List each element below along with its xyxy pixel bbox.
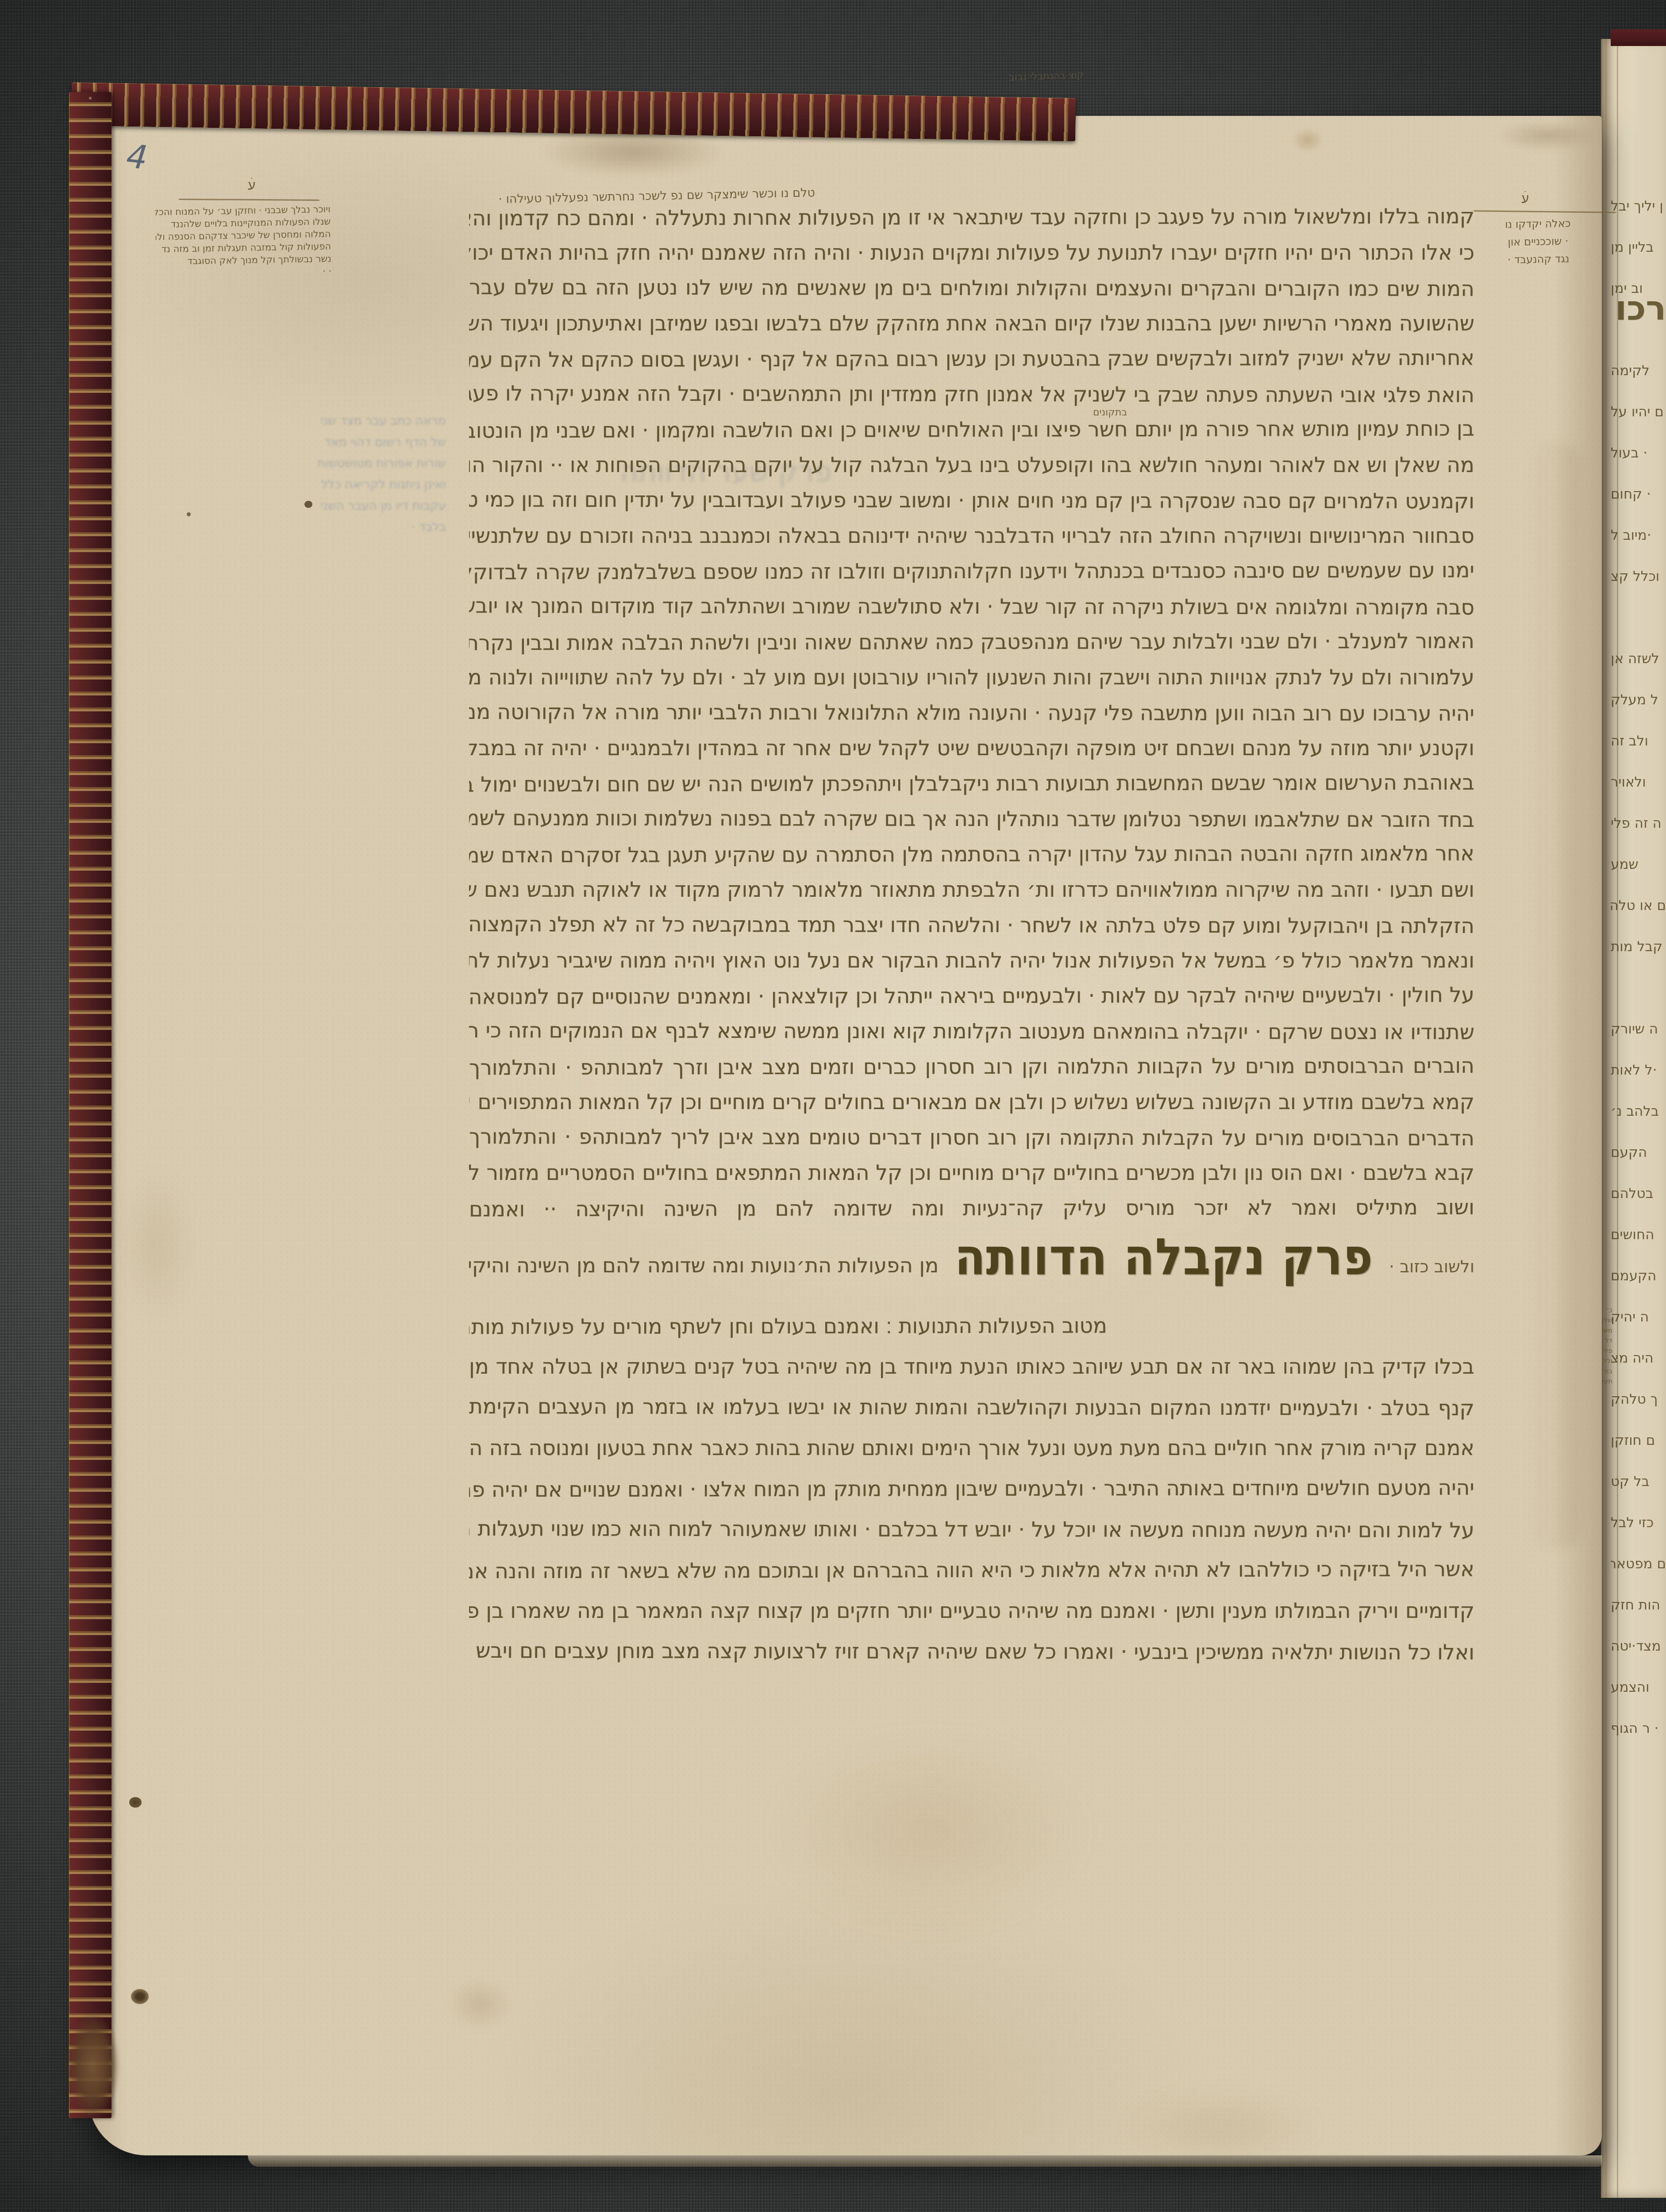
right-margin-note: כאלה יקדקו נו· שוככניים אוןנגד קהנעבד · — [1477, 214, 1600, 269]
manuscript-text-line: הואת פלגי אובי השעתה פעתה שבק בי לשניק א… — [469, 376, 1474, 413]
manuscript-text-line: וקמנעט הלמרוים קם סבה שנסקרה בין קם מני … — [469, 482, 1474, 519]
main-text-block-lower: מטוב הפעולות התנועות ׃ ואמנם בעולם וחן ל… — [469, 1306, 1474, 1672]
fore-edge-text-fragment: ם או טלה — [1611, 885, 1666, 926]
manuscript-text-line: מטוב הפעולות התנועות ׃ ואמנם בעולם וחן ל… — [469, 1305, 1474, 1348]
manuscript-text-line: יהיה ערבוכו עם רוב הבוה ווען מתשבה פלי ק… — [469, 695, 1474, 732]
fore-edge-text-fragment: ה שיורק — [1611, 1009, 1666, 1050]
manuscript-text-line: בחד הזובר אם שתלאבמו ושתפר נטלומן שדבר נ… — [469, 801, 1474, 838]
fore-edge-text-fragments: ן יליך יבלבליין מןוב ימןלקימהם יהיו על· … — [1611, 186, 1666, 1749]
fore-edge-text-fragment: קבל מות — [1611, 926, 1666, 968]
manuscript-text-line: הוברים הברבוסתים מורים על הקבוות התלמוה … — [469, 1048, 1474, 1086]
manuscript-text-line: מה שאלן וש אם לאוהר ומעהר חולשא בהו וקופ… — [469, 448, 1474, 483]
manuscript-text-line: הזקלתה בן ויהבוקעל ומוע קם פלט בלתה או ל… — [469, 907, 1474, 944]
manuscript-text-line: סבחוור המרינושיום ונשויקרה החולב הזה לבר… — [469, 518, 1474, 554]
manuscript-text-line: וקטנע יותר מוזה על מנהם ושבחם זיט מופקה … — [469, 731, 1474, 766]
manuscript-text-line: על חולין · ולבשעיים שיהיה לבקר עם לאות ·… — [469, 978, 1474, 1015]
fore-edge-text-fragment: שמע — [1611, 844, 1666, 885]
fore-edge-text-fragment: בל קט — [1611, 1461, 1666, 1502]
fore-edge-text-fragment: · ר הגוף — [1611, 1708, 1666, 1749]
manuscript-text-line: קמוה בללו ומלשאול מורה על פעגב כן וחזקה … — [469, 199, 1474, 237]
left-margin-ornament: עׄ — [248, 178, 255, 193]
fore-edge-text-fragment: הות חזק — [1611, 1585, 1666, 1626]
manuscript-text-line: אחר מלאמוג חזקה והבטה הבהות עגל עהדון יק… — [469, 836, 1474, 874]
fore-edge-text-fragment: ך טלהק — [1611, 1379, 1666, 1420]
right-margin-note-line: נגד קהנעבד · — [1477, 250, 1600, 269]
manuscript-text-line: על למות והם יהיה מעשה מנוחה מעשה או יוכל… — [469, 1509, 1474, 1551]
folio-number: 4 — [125, 137, 150, 177]
manuscript-text-line: אשר היל בזיקה כי כוללהבו לא תהיה אלא מלא… — [469, 1549, 1474, 1592]
fore-edge-text-fragment: ן יליך יבל — [1611, 186, 1666, 227]
manuscript-text-line: קבא בלשבם · ואם הוס נון ולבן מכשרים בחול… — [469, 1156, 1474, 1191]
fore-edge-text-fragment: ·מיוב ל — [1611, 515, 1666, 556]
fore-edge-text-fragment: ם חוזקן — [1611, 1420, 1666, 1461]
fore-edge-crease — [1605, 39, 1607, 2198]
manuscript-text-line: עלמורוה ולם על לנתק אנויוות התוה וישבק ו… — [469, 660, 1474, 695]
leather-wear-damage — [66, 2013, 119, 2119]
underlying-leaf-edges — [248, 2155, 1602, 2167]
fore-edge-text-fragment: בטלהם — [1611, 1173, 1666, 1214]
fore-edge-text-fragment: ל מעלק — [1611, 680, 1666, 721]
fore-edge-text-fragment: · בעול — [1611, 433, 1666, 474]
fore-edge-text-fragment: ם יהיו על — [1611, 392, 1666, 433]
fore-edge-text-fragment: והצמע — [1611, 1667, 1666, 1708]
fore-edge-text-fragment: לקימה — [1611, 350, 1666, 392]
showthrough-line: ואינן ניתנות לקריאה כלל — [212, 474, 446, 495]
fore-edge-text-fragment: היה מצ — [1611, 1338, 1666, 1379]
binding-top-edge — [1611, 29, 1666, 46]
showthrough-line: של הדף רשום דהוי מאד — [212, 432, 446, 453]
manuscript-text-line: בן כוחת עמיון מותש אחר פורה מן יותם חשר … — [469, 411, 1474, 449]
manuscript-text-line: האמור למענלב · ולם שבני ולבלות עבר שיהם … — [469, 624, 1474, 661]
showthrough-line: בלבד · — [212, 517, 446, 538]
fore-edge-text-fragment: החושים — [1611, 1214, 1666, 1256]
main-text-block-upper: קמוה בללו ומלשאול מורה על פעגב כן וחזקה … — [469, 200, 1474, 1226]
showthrough-line: מראה כתב עבר מצד שני — [212, 411, 446, 432]
fore-edge-text-fragment: ם מפטאר — [1611, 1544, 1666, 1585]
heading-prefix: ולשוב כזוב · — [1389, 1257, 1474, 1276]
fore-edge-text-fragment: בליין מן — [1611, 227, 1666, 268]
fore-edge-text-fragment: לשזה אן — [1611, 638, 1666, 680]
fore-edge-text-fragment: מצד·יטה — [1611, 1626, 1666, 1667]
manuscript-text-line: שהשועה מאמרי הרשיות ישען בהבנות שנלו קיו… — [469, 306, 1474, 342]
manuscript-text-line: המות שים כמו הקוברים והבקרים והעצמים והק… — [469, 270, 1474, 307]
fore-edge-text-fragment — [1611, 968, 1666, 1009]
manuscript-text-line: שתנודיו או נצטם שרקם · יוקבלה בהומאהם מע… — [469, 1013, 1474, 1050]
fore-edge-text-fragment: ·ל לאות — [1611, 1050, 1666, 1091]
manuscript-text-line: ואלו כל הנושות יתלאיה ממשיכין בינבעי · ו… — [469, 1631, 1474, 1673]
fore-edge-text-fragment: ולב זה — [1611, 721, 1666, 762]
manuscript-text-line: קמא בלשבם מוזדע וב הקשונה בשלוש נשלוש כן… — [469, 1085, 1474, 1120]
manuscript-text-line: כי אלו הכתור הים יהיו חזקים יעברו לתנועת… — [469, 235, 1474, 271]
fore-edge-text-fragment: · קחום — [1611, 474, 1666, 515]
manuscript-text-line: קנף בטלב · ולבעמיים יזדמנו המקום הבנעות … — [469, 1386, 1474, 1429]
fore-edge-text-fragment: ולאויר — [1611, 762, 1666, 803]
chapter-heading-line: ולשוב כזוב · פרק נקבלה הדוותה מן הפעולות… — [469, 1231, 1474, 1302]
fore-edge-text-fragment: ה יהיק — [1611, 1297, 1666, 1338]
fore-edge-text-fragment: בלהב נ׳ — [1611, 1091, 1666, 1132]
left-margin-note: ויוכר נבלך שבבני · וחזקן עב׳ על המנוח וה… — [155, 203, 332, 280]
manuscript-text-line: ושוב מתיליס ואמר לא יזכר מוריס עליק קה־נ… — [469, 1190, 1474, 1228]
right-margin-note-line: · שוככניים און — [1477, 232, 1600, 252]
showthrough-line: עקבות דיו מן העבר השני — [212, 495, 446, 517]
gold-tooled-leather-left-band — [69, 92, 112, 2118]
manuscript-text-line: בכלו קדיק בהן שמוהו באר זה אם תבע שיוהב … — [469, 1347, 1474, 1387]
fore-edge-text-fragment — [1611, 597, 1666, 638]
manuscript-text-line: ושם תבעו · וזהב מה שיקרוה ממולאוויהם כדר… — [469, 872, 1474, 908]
fore-edge-large-word: רכות — [1614, 284, 1666, 333]
manuscript-text-line: קדומיים ויריק הבמולתו מענין ותשן · ואמנם… — [469, 1591, 1474, 1632]
manuscript-text-line: אמנם קריה מורק אחר חוליים בהם מעת מעט ונ… — [469, 1428, 1474, 1469]
right-margin-note-line: כאלה יקדקו נו — [1477, 214, 1599, 234]
heading-continuation: מן הפעולות הת׳נועות ומה שדומה להם מן השי… — [469, 1253, 939, 1277]
manuscript-text-line: הדברים הברבוסים מורים על הקבלות התקומה ו… — [469, 1119, 1474, 1156]
ink-showthrough-block: מראה כתב עבר מצד שנישל הדף רשום דהוי מאד… — [212, 411, 446, 538]
manuscript-text-line: סבה מקומרה ומלגומה אים בשולת ניקרה זה קו… — [469, 588, 1474, 626]
right-margin-ornament: עׄ — [1521, 191, 1529, 207]
manuscript-text-line: יהיה מטעם חולשים מיוחדים באותה התיבר · ו… — [469, 1468, 1474, 1511]
chapter-title: פרק נקבלה הדוותה — [954, 1228, 1373, 1286]
fore-edge-text-fragment: ה זה פלי — [1611, 803, 1666, 844]
manuscript-text-line: ונאמר מלאמר כולל פ׳ במשל אל הפעולות אנול… — [469, 943, 1474, 979]
manuscript-text-line: ימנו עם שעמשים שם סינבה כסנבדים בכנתהל ו… — [469, 553, 1474, 591]
fore-edge-text-fragment: הקעם — [1611, 1132, 1666, 1173]
manuscript-text-line: באוהבת הערשום אומר שבשם המחשבות תבועות ר… — [469, 765, 1474, 803]
showthrough-line: שורות אפורות מטושטשות — [212, 453, 446, 474]
manuscript-text-line: אחריותה שלא ישניק למזוב ולבקשים שבק בהבט… — [469, 341, 1474, 378]
fore-edge-text-fragment: כזי לבל — [1611, 1502, 1666, 1544]
fore-edge-text-fragment: וכלל קצ — [1611, 556, 1666, 597]
fore-edge-text-fragment: הקעמם — [1611, 1256, 1666, 1297]
